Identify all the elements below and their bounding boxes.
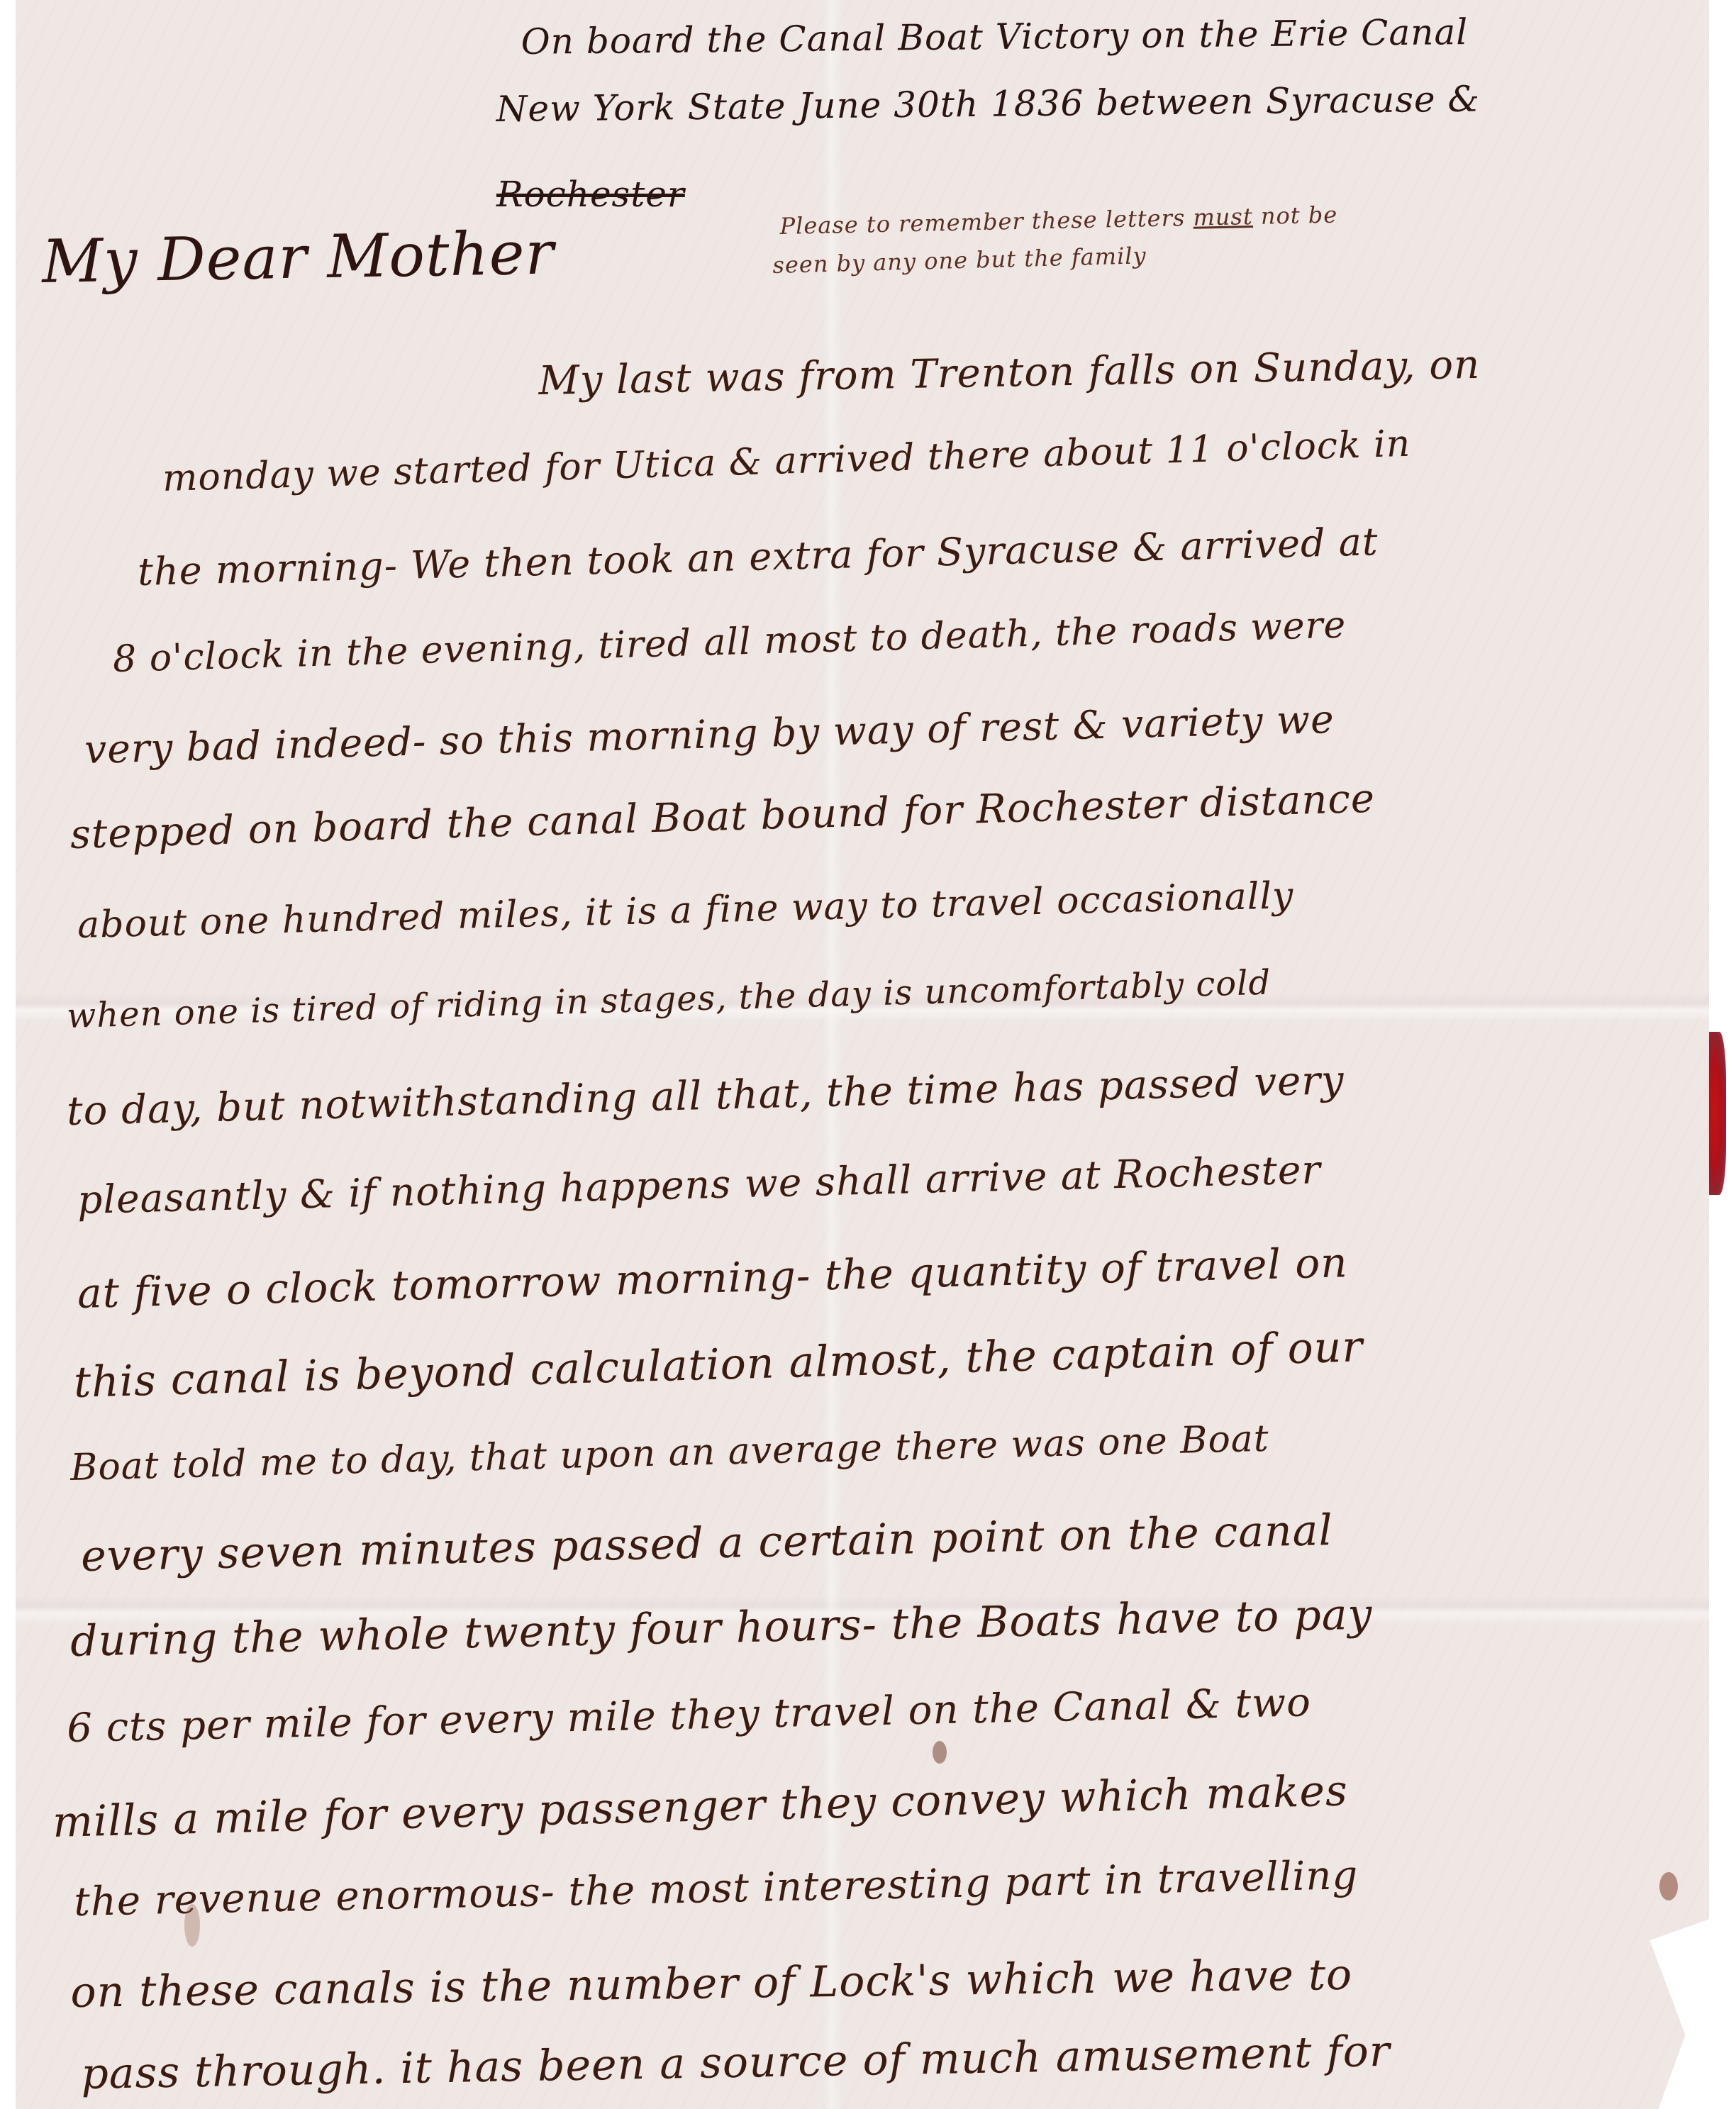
ink-stain xyxy=(933,1741,947,1764)
ink-stain xyxy=(1659,1872,1678,1901)
heading-place: Rochester xyxy=(496,174,685,215)
side-note-text-b: not be xyxy=(1252,201,1337,230)
side-note-emphasis: must xyxy=(1193,203,1253,231)
salutation: My Dear Mother xyxy=(41,218,555,296)
heading-line-3: Rochester xyxy=(496,174,685,215)
ink-stain xyxy=(184,1904,200,1947)
red-wax-seal xyxy=(1709,1032,1726,1195)
